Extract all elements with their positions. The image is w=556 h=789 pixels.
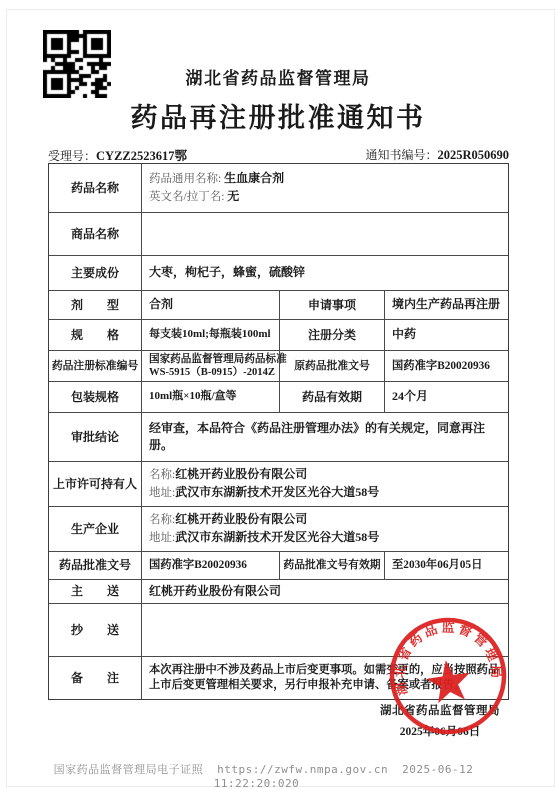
copy-send-label: 抄 送 <box>49 604 141 656</box>
signature-block: 湖北省药品监督管理局 2025年06月06日 <box>360 702 520 739</box>
reg-class-label: 注册分类 <box>279 320 384 350</box>
package-label: 包装规格 <box>49 382 141 412</box>
table-row: 抄 送 <box>49 603 508 656</box>
generic-name-prefix: 药品通用名称: <box>149 173 224 185</box>
std-no-label: 药品注册标准编号 <box>49 351 141 381</box>
package-value: 10ml瓶×10瓶/盒等 <box>141 382 279 412</box>
table-row: 生产企业 名称:红桃开药业股份有限公司 地址:武汉市东湖新技术开发区光谷大道58… <box>49 506 508 551</box>
std-no-line2: WS-5915（B-0915）-2014Z <box>149 366 272 379</box>
table-row: 备 注 本次再注册中不涉及药品上市后变更事项。如需变更的，应当按照药品上市后变更… <box>49 656 508 699</box>
org-title: 湖北省药品监督管理局 <box>0 64 556 89</box>
footer-url: https://zwfw.nmpa.gov.cn <box>217 763 388 776</box>
table-row: 药品注册标准编号 国家药品监督管理局药品标准 WS-5915（B-0915）-2… <box>49 350 508 381</box>
table-row: 包装规格 10ml瓶×10瓶/盒等 药品有效期 24个月 <box>49 381 508 412</box>
generic-name-line: 药品通用名称: 生血康合剂 <box>149 170 501 188</box>
latin-name: 无 <box>227 189 239 203</box>
notice-number: 通知书编号：2025R050690 <box>365 146 509 164</box>
conclusion-value: 经审查，本品符合《药品注册管理办法》的有关规定，同意再注册。 <box>141 413 508 461</box>
approval-validity-label: 药品批准文号有效期 <box>279 552 384 579</box>
holder-addr: 武汉市东湖新技术开发区光谷大道58号 <box>175 485 379 499</box>
manufacturer-name-prefix: 名称: <box>149 514 175 526</box>
dosage-form-value: 合剂 <box>141 291 279 319</box>
trade-name-label: 商品名称 <box>49 213 141 255</box>
holder-name-prefix: 名称: <box>149 469 175 481</box>
validity-value: 24个月 <box>384 382 508 412</box>
acceptance-label: 受理号： <box>48 149 96 163</box>
latin-name-prefix: 英文名/拉丁名: <box>149 191 227 203</box>
trade-name-value <box>141 213 508 255</box>
acceptance-number: 受理号：CYZZ2523617鄂 <box>48 146 187 164</box>
drug-name-value: 药品通用名称: 生血康合剂 英文名/拉丁名: 无 <box>141 164 508 212</box>
ingredients-label: 主要成份 <box>49 256 141 290</box>
manufacturer-name-line: 名称:红桃开药业股份有限公司 <box>149 511 501 529</box>
spec-label: 规 格 <box>49 320 141 350</box>
remark-label: 备 注 <box>49 657 141 699</box>
table-row: 上市许可持有人 名称:红桃开药业股份有限公司 地址:武汉市东湖新技术开发区光谷大… <box>49 461 508 506</box>
holder-value: 名称:红桃开药业股份有限公司 地址:武汉市东湖新技术开发区光谷大道58号 <box>141 462 508 506</box>
table-row: 药品批准文号 国药准字B20020936 药品批准文号有效期 至2030年06月… <box>49 551 508 579</box>
manufacturer-addr-line: 地址:武汉市东湖新技术开发区光谷大道58号 <box>149 529 501 547</box>
notice-value: 2025R050690 <box>437 148 509 162</box>
holder-label: 上市许可持有人 <box>49 462 141 506</box>
holder-name: 红桃开药业股份有限公司 <box>175 467 307 481</box>
manufacturer-addr-prefix: 地址: <box>149 532 175 544</box>
dosage-form-label: 剂 型 <box>49 291 141 319</box>
acceptance-value: CYZZ2523617鄂 <box>96 149 187 163</box>
manufacturer-addr: 武汉市东湖新技术开发区光谷大道58号 <box>175 530 379 544</box>
reg-class-value: 中药 <box>384 320 508 350</box>
holder-addr-prefix: 地址: <box>149 487 175 499</box>
application-label: 申请事项 <box>279 291 384 319</box>
holder-addr-line: 地址:武汉市东湖新技术开发区光谷大道58号 <box>149 484 501 502</box>
footer-text: 国家药品监督管理局电子证照 <box>54 763 204 776</box>
table-row: 审批结论 经审查，本品符合《药品注册管理办法》的有关规定，同意再注册。 <box>49 412 508 461</box>
ingredients-value: 大枣，枸杞子，蜂蜜，硫酸锌 <box>141 256 508 290</box>
orig-approval-label: 原药品批准文号 <box>279 351 384 381</box>
holder-name-line: 名称:红桃开药业股份有限公司 <box>149 466 501 484</box>
main-send-value: 红桃开药业股份有限公司 <box>141 580 508 603</box>
table-row: 剂 型 合剂 申请事项 境内生产药品再注册 <box>49 290 508 319</box>
copy-send-value <box>141 604 508 656</box>
std-no-line1: 国家药品监督管理局药品标准 <box>149 353 272 366</box>
issuer-name: 湖北省药品监督管理局 <box>360 702 520 718</box>
table-row: 商品名称 <box>49 212 508 255</box>
manufacturer-name: 红桃开药业股份有限公司 <box>175 512 307 526</box>
application-value: 境内生产药品再注册 <box>384 291 508 319</box>
issue-date: 2025年06月06日 <box>360 723 520 739</box>
table-row: 主 送 红桃开药业股份有限公司 <box>49 579 508 603</box>
validity-label: 药品有效期 <box>279 382 384 412</box>
table-row: 主要成份 大枣，枸杞子，蜂蜜，硫酸锌 <box>49 255 508 290</box>
table-row: 规 格 每支装10ml;每瓶装100ml 注册分类 中药 <box>49 319 508 350</box>
remark-value: 本次再注册中不涉及药品上市后变更事项。如需变更的，应当按照药品上市后变更管理相关… <box>141 657 508 699</box>
drug-name-label: 药品名称 <box>49 164 141 212</box>
orig-approval-value: 国药准字B20020936 <box>384 351 508 381</box>
generic-name: 生血康合剂 <box>224 171 284 185</box>
approval-no-value: 国药准字B20020936 <box>141 552 279 579</box>
spec-value: 每支装10ml;每瓶装100ml <box>141 320 279 350</box>
document-title: 药品再注册批准通知书 <box>0 96 556 135</box>
meta-row: 受理号：CYZZ2523617鄂 通知书编号：2025R050690 <box>48 146 509 164</box>
std-no-value: 国家药品监督管理局药品标准 WS-5915（B-0915）-2014Z <box>141 351 279 381</box>
approval-validity-value: 至2030年06月05日 <box>384 552 508 579</box>
notice-label: 通知书编号： <box>365 148 437 162</box>
latin-name-line: 英文名/拉丁名: 无 <box>149 188 501 206</box>
main-send-label: 主 送 <box>49 580 141 603</box>
conclusion-label: 审批结论 <box>49 413 141 461</box>
certificate-table: 药品名称 药品通用名称: 生血康合剂 英文名/拉丁名: 无 商品名称 主要成份 … <box>48 163 509 700</box>
manufacturer-value: 名称:红桃开药业股份有限公司 地址:武汉市东湖新技术开发区光谷大道58号 <box>141 507 508 551</box>
table-row: 药品名称 药品通用名称: 生血康合剂 英文名/拉丁名: 无 <box>49 164 508 212</box>
footer-certificate-line: 国家药品监督管理局电子证照https://zwfw.nmpa.gov.cn202… <box>0 761 520 789</box>
manufacturer-label: 生产企业 <box>49 507 141 551</box>
approval-no-label: 药品批准文号 <box>49 552 141 579</box>
